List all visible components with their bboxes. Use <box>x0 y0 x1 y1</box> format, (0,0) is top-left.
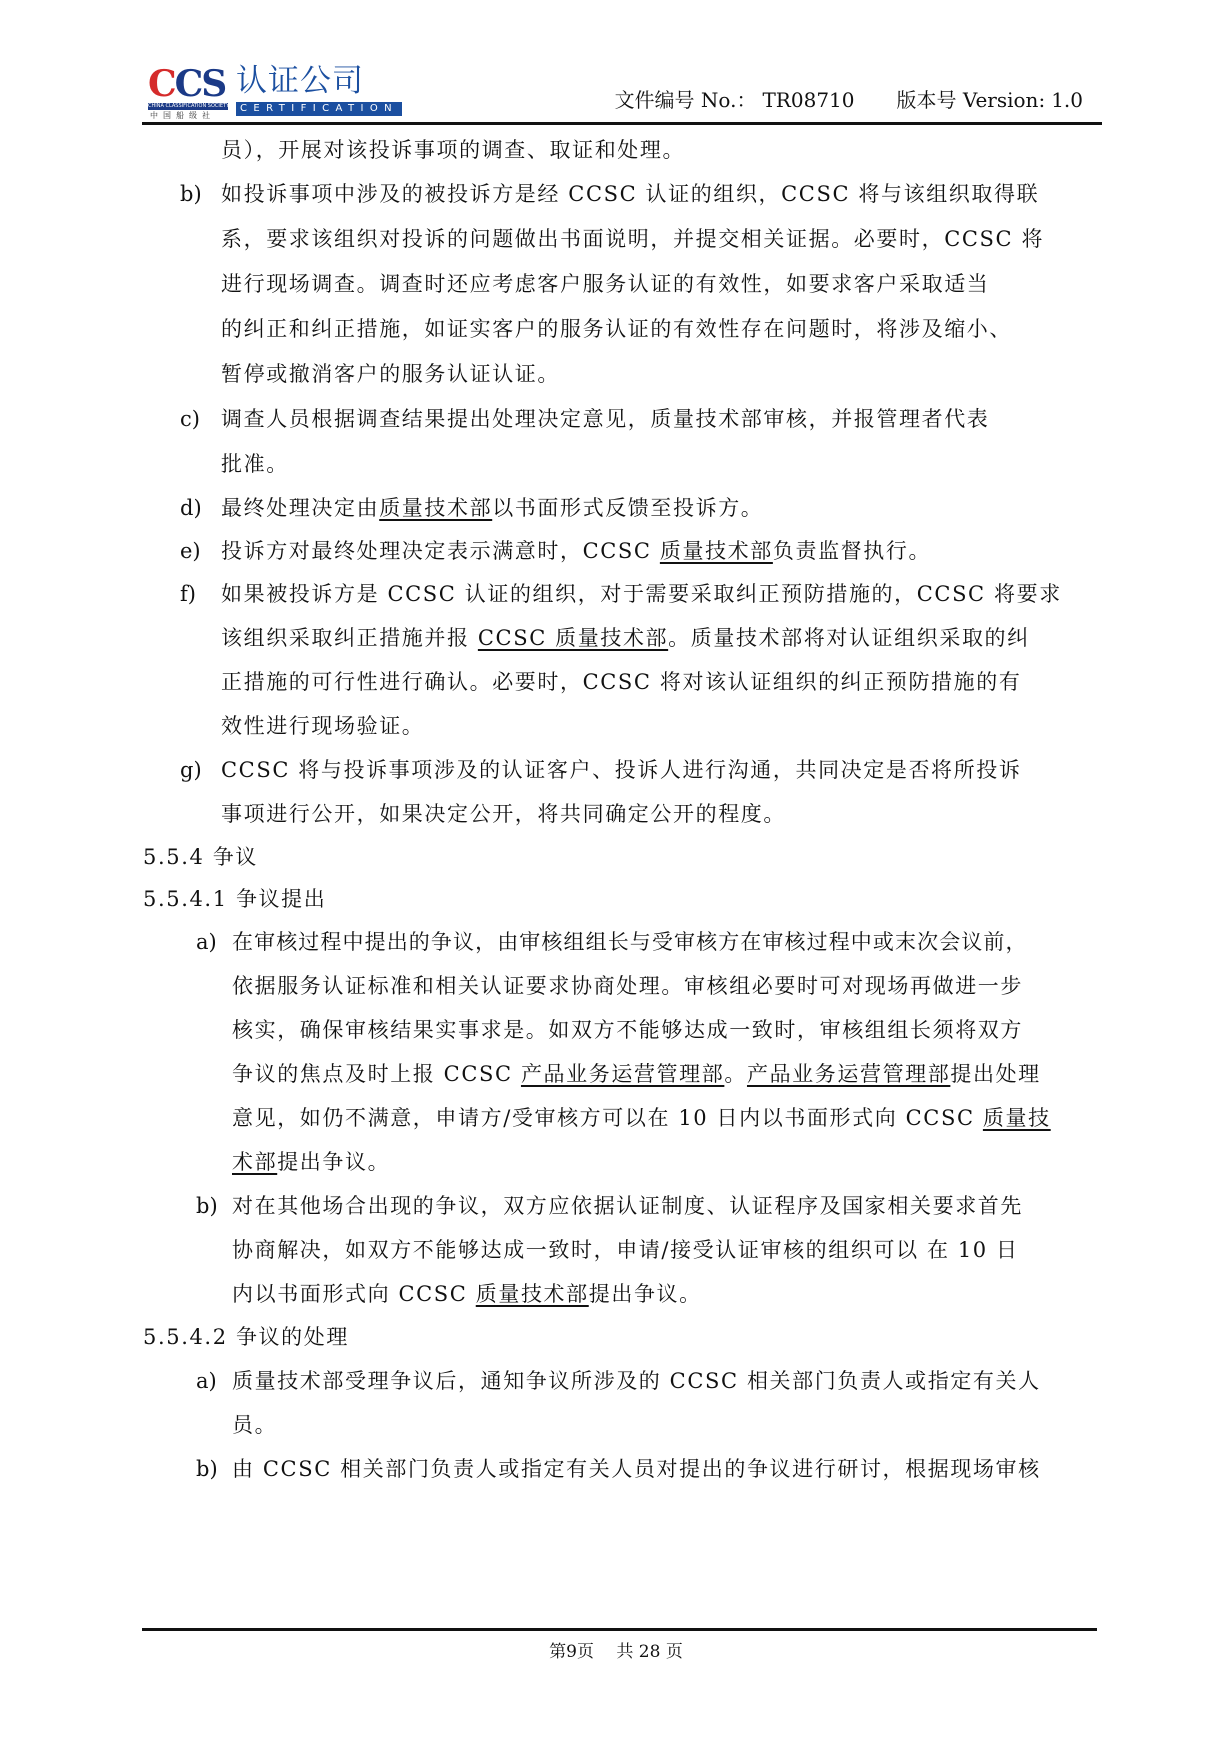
section-heading-5-5-4: 5.5.4 争议 <box>143 843 258 871</box>
text-line: 在审核过程中提出的争议，由审核组组长与受审核方在审核过程中或末次会议前， <box>232 928 1028 956</box>
department-link-quality: 质量技术部 <box>379 496 492 520</box>
logo-company-en: CERTIFICATION <box>236 102 402 116</box>
text-line: 术部提出争议。 <box>232 1148 390 1176</box>
text-span: 以书面形式反馈至投诉方。 <box>492 496 763 520</box>
list-marker-a: a) <box>196 928 217 956</box>
text-line: 内以书面形式向 CCSC 质量技术部提出争议。 <box>232 1280 702 1308</box>
file-no-label: 文件编号 No.： <box>615 88 757 112</box>
text-line: 正措施的可行性进行确认。必要时，CCSC 将对该认证组织的纠正预防措施的有 <box>221 668 1021 696</box>
text-span: 该组织采取纠正措施并报 <box>221 626 478 650</box>
text-span: 意见，如仍不满意，申请方/受审核方可以在 10 日内以书面形式向 CCSC <box>232 1106 983 1130</box>
text-line: 该组织采取纠正措施并报 CCSC 质量技术部。质量技术部将对认证组织采取的纠 <box>221 624 1030 652</box>
page-number: 第9页 共 28 页 <box>0 1641 1232 1663</box>
logo-company-cn: 认证公司 <box>236 64 364 98</box>
list-marker-f: f) <box>180 580 196 608</box>
footer-divider <box>142 1628 1097 1631</box>
text-span: 提出处理 <box>950 1062 1040 1086</box>
section-heading-5-5-4-1: 5.5.4.1 争议提出 <box>143 885 326 913</box>
logo-society-cn: 中国船级社 <box>150 111 215 120</box>
text-line: 的纠正和纠正措施，如证实客户的服务认证的有效性存在问题时，将涉及缩小、 <box>221 315 1012 343</box>
list-marker-b: b) <box>180 180 202 208</box>
version-label: 版本号 Version: <box>897 88 1046 112</box>
department-link-quality: CCSC 质量技术部 <box>478 626 668 650</box>
text-span: 投诉方对最终处理决定表示满意时，CCSC <box>221 539 660 563</box>
version-value: 1.0 <box>1051 88 1083 112</box>
logo-society-en: CHINA CLASSIFICATION SOCIETY <box>148 103 228 110</box>
text-line: 批准。 <box>221 450 289 478</box>
text-span: 内以书面形式向 CCSC <box>232 1282 476 1306</box>
list-marker-e: e) <box>180 537 201 565</box>
text-span: 争议的焦点及时上报 CCSC <box>232 1062 521 1086</box>
list-marker-a: a) <box>196 1367 217 1395</box>
text-line: 如果被投诉方是 CCSC 认证的组织，对于需要采取纠正预防措施的，CCSC 将要… <box>221 580 1062 608</box>
text-span: 提出争议。 <box>277 1150 390 1174</box>
department-link-operations: 产品业务运营管理部 <box>747 1062 950 1086</box>
text-line: 员），开展对该投诉事项的调查、取证和处理。 <box>221 136 685 164</box>
department-link-operations: 产品业务运营管理部 <box>521 1062 724 1086</box>
text-line: 由 CCSC 相关部门负责人或指定有关人员对提出的争议进行研讨，根据现场审核 <box>232 1455 1041 1483</box>
list-marker-b: b) <box>196 1455 218 1483</box>
text-line: CCSC 将与投诉事项涉及的认证客户、投诉人进行沟通，共同决定是否将所投诉 <box>221 756 1021 784</box>
text-line: 投诉方对最终处理决定表示满意时，CCSC 质量技术部负责监督执行。 <box>221 537 931 565</box>
text-line: 系，要求该组织对投诉的问题做出书面说明，并提交相关证据。必要时，CCSC 将 <box>221 225 1044 253</box>
text-line: 调查人员根据调查结果提出处理决定意见，质量技术部审核，并报管理者代表 <box>221 405 989 433</box>
list-marker-b: b) <box>196 1192 218 1220</box>
text-line: 核实，确保审核结果实事求是。如双方不能够达成一致时，审核组组长须将双方 <box>232 1016 1023 1044</box>
text-line: 对在其他场合出现的争议，双方应依据认证制度、认证程序及国家相关要求首先 <box>232 1192 1023 1220</box>
text-span: 。质量技术部将对认证组织采取的纠 <box>668 626 1030 650</box>
text-line: 意见，如仍不满意，申请方/受审核方可以在 10 日内以书面形式向 CCSC 质量… <box>232 1104 1051 1132</box>
document-meta: 文件编号 No.：TR08710版本号 Version:1.0 <box>609 88 1083 112</box>
text-line: 暂停或撤消客户的服务认证认证。 <box>221 360 560 388</box>
list-marker-g: g) <box>180 756 202 784</box>
text-span: 提出争议。 <box>589 1282 702 1306</box>
department-link-quality: 质量技 <box>983 1106 1051 1130</box>
text-line: 进行现场调查。调查时还应考虑客户服务认证的有效性，如要求客户采取适当 <box>221 270 989 298</box>
text-line: 最终处理决定由质量技术部以书面形式反馈至投诉方。 <box>221 494 763 522</box>
department-link-quality: 术部 <box>232 1150 277 1174</box>
text-line: 如投诉事项中涉及的被投诉方是经 CCSC 认证的组织，CCSC 将与该组织取得联 <box>221 180 1039 208</box>
text-span: 最终处理决定由 <box>221 496 379 520</box>
text-line: 效性进行现场验证。 <box>221 712 424 740</box>
text-line: 依据服务认证标准和相关认证要求协商处理。审核组必要时可对现场再做进一步 <box>232 972 1023 1000</box>
text-line: 争议的焦点及时上报 CCSC 产品业务运营管理部。产品业务运营管理部提出处理 <box>232 1060 1041 1088</box>
text-span: 。 <box>724 1062 747 1086</box>
department-link-quality: 质量技术部 <box>476 1282 589 1306</box>
text-line: 员。 <box>232 1411 277 1439</box>
text-line: 事项进行公开，如果决定公开，将共同确定公开的程度。 <box>221 800 786 828</box>
list-marker-d: d) <box>180 494 202 522</box>
section-heading-5-5-4-2: 5.5.4.2 争议的处理 <box>143 1323 349 1351</box>
file-no-value: TR08710 <box>762 88 854 112</box>
list-marker-c: c) <box>180 405 200 433</box>
header-divider <box>142 122 1102 125</box>
text-span: 负责监督执行。 <box>773 539 931 563</box>
text-line: 协商解决，如双方不能够达成一致时，申请/接受认证审核的组织可以 在 10 日 <box>232 1236 1019 1264</box>
text-line: 质量技术部受理争议后，通知争议所涉及的 CCSC 相关部门负责人或指定有关人 <box>232 1367 1041 1395</box>
department-link-quality: 质量技术部 <box>660 539 773 563</box>
logo-mark: CCS <box>148 66 225 102</box>
